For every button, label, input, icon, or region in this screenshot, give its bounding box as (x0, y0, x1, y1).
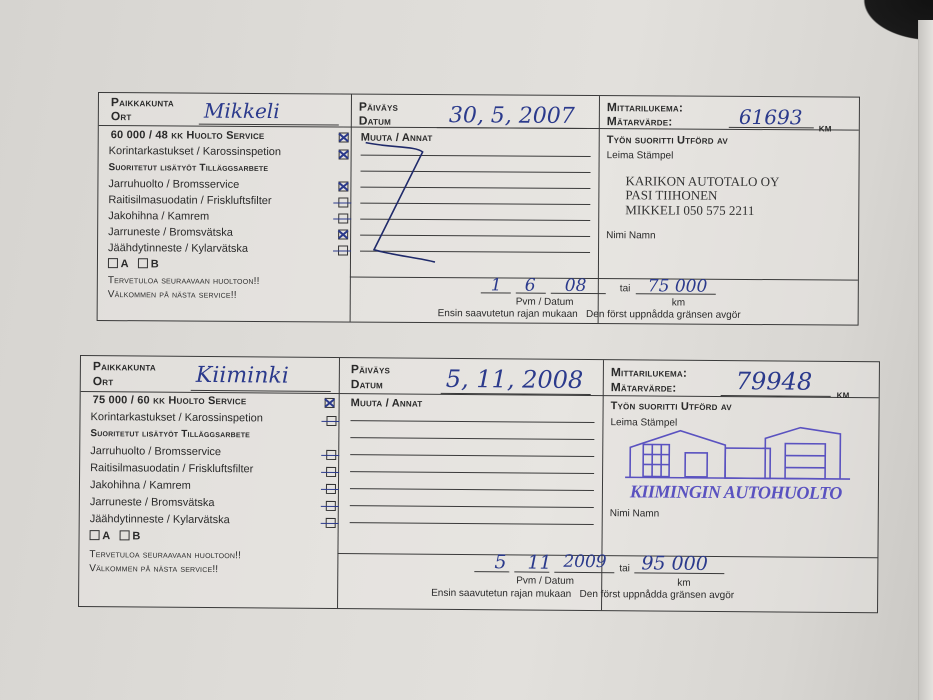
book-page-edge (918, 20, 933, 700)
item-checkbox[interactable] (326, 416, 336, 426)
odometer-value[interactable]: 61693 (739, 105, 803, 129)
performed-by-label: Työn suoritti Utförd av (611, 400, 732, 414)
date-label-fi: Päiväys (351, 363, 390, 376)
place-label-sv: Ort (111, 110, 132, 123)
item-row: Jarruneste / Bromsvätska (90, 496, 215, 509)
service-checkbox[interactable] (339, 132, 349, 142)
next-date-year[interactable]: 2009 (563, 552, 606, 572)
footer-note: Ensin saavutetun rajan mukaan Den först … (431, 587, 734, 602)
item-row: Jakohihna / Kamrem (108, 210, 209, 223)
name-label: Nimi Namn (606, 229, 656, 242)
welcome-fi: Tervetuloa seuraavaan huoltoon!! (89, 549, 241, 561)
item-checkbox[interactable] (339, 149, 349, 159)
option-a-label: A (121, 258, 129, 270)
item-row: Jäähdytinneste / Kylarvätska (108, 242, 248, 255)
ab-options: A B (90, 529, 141, 542)
next-date-month[interactable]: 11 (527, 552, 551, 574)
date-label-sv: Datum (359, 115, 391, 128)
service-entry-2: Paikkakunta Ort Kiiminki Päiväys Datum 5… (78, 355, 880, 613)
next-date-month[interactable]: 6 (525, 276, 536, 296)
item-checkbox[interactable] (338, 213, 348, 223)
option-a-label: A (102, 530, 110, 542)
next-date-day[interactable]: 5 (494, 551, 506, 573)
stamp-line: PASI TIIHONEN (625, 187, 717, 203)
extra-work-heading: Suoritetut lisätyöt Tilläggsarbete (109, 162, 269, 174)
item-checkbox[interactable] (326, 484, 336, 494)
place-label-fi: Paikkakunta (93, 360, 156, 373)
place-value[interactable]: Kiiminki (196, 363, 289, 389)
option-a-checkbox[interactable] (90, 530, 100, 540)
item-checkbox[interactable] (338, 229, 348, 239)
date-label-sv: Datum (351, 378, 383, 391)
stamp-company-name: KIIMINGIN AUTOHUOLTO (630, 481, 842, 504)
place-label-sv: Ort (93, 375, 114, 388)
service-entry-1: Paikkakunta Ort Mikkeli Päiväys Datum 30… (97, 92, 860, 326)
service-checkbox[interactable] (325, 398, 335, 408)
service-header: 60 000 / 48 kk Huolto Service (111, 129, 265, 143)
garage-building-stamp-icon (625, 422, 855, 482)
item-checkbox[interactable] (326, 518, 336, 528)
item-row: Korintarkastukset / Karossinspetion (109, 145, 281, 158)
next-date-year[interactable]: 08 (565, 276, 587, 296)
photo-background-corner (813, 0, 933, 70)
item-row: Jarruhuolto / Bromsservice (90, 445, 221, 458)
odometer-label-fi: Mittarilukema: (607, 101, 683, 114)
or-label: tai (620, 282, 631, 295)
service-header: 75 000 / 60 kk Huolto Service (93, 394, 247, 408)
item-checkbox[interactable] (338, 245, 348, 255)
odometer-unit: km (837, 389, 850, 402)
item-row: Jarruneste / Bromsvätska (108, 226, 233, 239)
welcome-sv: Välkommen på nästa service!! (89, 563, 218, 575)
option-a-checkbox[interactable] (108, 258, 118, 268)
next-date-label: Pvm / Datum (516, 574, 574, 587)
item-checkbox[interactable] (326, 450, 336, 460)
item-row: Jakohihna / Kamrem (90, 479, 191, 492)
date-value[interactable]: 30, 5, 2007 (449, 103, 575, 129)
next-km-value[interactable]: 75 000 (648, 276, 708, 296)
next-km-value[interactable]: 95 000 (641, 552, 708, 575)
date-value[interactable]: 5, 11, 2008 (446, 365, 584, 394)
option-b-checkbox[interactable] (138, 258, 148, 268)
or-label: tai (619, 562, 630, 575)
other-label: Muuta / Annat (351, 397, 423, 411)
welcome-fi: Tervetuloa seuraavaan huoltoon!! (108, 275, 260, 287)
item-checkbox[interactable] (326, 501, 336, 511)
performed-by-label: Työn suoritti Utförd av (607, 134, 728, 148)
place-label-fi: Paikkakunta (111, 96, 174, 109)
odometer-label-fi: Mittarilukema: (611, 366, 687, 380)
item-row: Korintarkastukset / Karossinspetion (90, 411, 263, 424)
ab-options: A B (108, 257, 159, 270)
option-b-label: B (132, 530, 140, 542)
item-row: Raitisilmasuodatin / Friskluftsfilter (108, 194, 271, 207)
option-b-label: B (151, 258, 159, 270)
footer-note: Ensin saavutetun rajan mukaan Den först … (438, 307, 741, 322)
item-row: Raitisilmasuodatin / Friskluftsfilter (90, 462, 253, 475)
date-label-fi: Päiväys (359, 101, 398, 114)
place-value[interactable]: Mikkeli (204, 99, 280, 123)
name-label: Nimi Namn (610, 507, 660, 520)
strike-z-mark (360, 140, 451, 266)
option-b-checkbox[interactable] (119, 530, 129, 540)
extra-work-heading: Suoritetut lisätyöt Tilläggsarbete (90, 428, 250, 440)
item-checkbox[interactable] (326, 467, 336, 477)
odometer-label-sv: Mätarvärde: (607, 115, 673, 128)
welcome-sv: Välkommen på nästa service!! (108, 289, 237, 301)
item-checkbox[interactable] (338, 181, 348, 191)
item-row: Jäähdytinneste / Kylarvätska (90, 513, 230, 526)
stamp-line: MIKKELI 050 575 2211 (625, 202, 754, 218)
item-checkbox[interactable] (338, 197, 348, 207)
item-row: Jarruhuolto / Bromsservice (108, 178, 239, 191)
odometer-value[interactable]: 79948 (736, 367, 813, 396)
odometer-unit: km (819, 122, 832, 135)
next-date-day[interactable]: 1 (491, 275, 502, 295)
odometer-label-sv: Mätarvärde: (611, 381, 677, 395)
stamp-label: Leima Stämpel (607, 149, 674, 162)
